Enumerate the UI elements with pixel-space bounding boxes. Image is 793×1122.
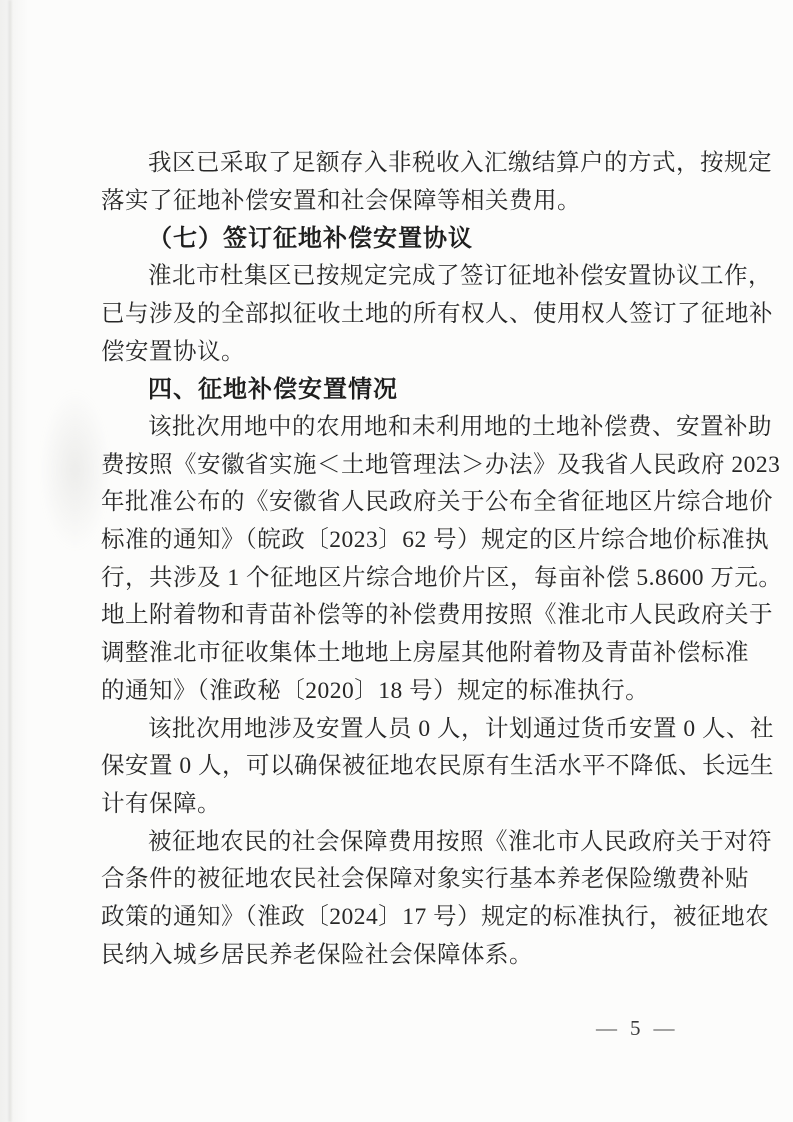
page-number-right-dash: — [654,1016,675,1041]
text-line: 民纳入城乡居民养老保险社会保障体系。 [101,937,702,975]
scanned-document-page: 我区已采取了足额存入非税收入汇缴结算户的方式，按规定落实了征地补偿安置和社会保障… [0,0,793,1122]
text-line: 年批准公布的《安徽省人民政府关于公布全省征地区片综合地价 [101,484,702,522]
text-line: 该批次用地涉及安置人员 0 人，计划通过货币安置 0 人、社 [101,711,702,749]
text-line: 我区已采取了足额存入非税收入汇缴结算户的方式，按规定 [101,145,702,183]
paragraph: 该批次用地中的农用地和未利用地的土地补偿费、安置补助费按照《安徽省实施＜土地管理… [101,409,702,711]
scan-artifact-edge-band [0,0,28,1122]
text-line: 被征地农民的社会保障费用按照《淮北市人民政府关于对符 [101,824,702,862]
text-line: 保安置 0 人，可以确保被征地农民原有生活水平不降低、长远生 [101,748,702,786]
text-line: 地上附着物和青苗补偿等的补偿费用按照《淮北市人民政府关于 [101,597,702,635]
text-line: 偿安置协议。 [101,334,702,372]
text-line: 合条件的被征地农民社会保障对象实行基本养老保险缴费补贴 [101,861,702,899]
text-line: 计有保障。 [101,786,702,824]
page-number-value: 5 [630,1016,641,1041]
section-heading: （七）签订征地补偿安置协议 [101,220,702,258]
page-number-left-dash: — [596,1016,617,1041]
text-line: 的通知》（淮政秘〔2020〕18 号）规定的标准执行。 [101,673,702,711]
text-line: 标准的通知》（皖政〔2023〕62 号）规定的区片综合地价标准执 [101,522,702,560]
document-body: 我区已采取了足额存入非税收入汇缴结算户的方式，按规定落实了征地补偿安置和社会保障… [101,145,702,974]
text-line: 该批次用地中的农用地和未利用地的土地补偿费、安置补助 [101,409,702,447]
scan-artifact-edge-line [9,0,11,1122]
text-line: 调整淮北市征收集体土地地上房屋其他附着物及青苗补偿标准 [101,635,702,673]
paragraph: 该批次用地涉及安置人员 0 人，计划通过货币安置 0 人、社保安置 0 人，可以… [101,711,702,824]
scan-artifact-smudge [40,390,110,550]
text-line: 行，共涉及 1 个征地区片综合地价片区，每亩补偿 5.8600 万元。 [101,560,702,598]
paragraph: 淮北市杜集区已按规定完成了签订征地补偿安置协议工作，已与涉及的全部拟征收土地的所… [101,258,702,371]
section-heading: 四、征地补偿安置情况 [101,371,702,409]
text-line: 落实了征地补偿安置和社会保障等相关费用。 [101,183,702,221]
text-line: 费按照《安徽省实施＜土地管理法＞办法》及我省人民政府 2023 [101,447,702,485]
paragraph: 被征地农民的社会保障费用按照《淮北市人民政府关于对符合条件的被征地农民社会保障对… [101,824,702,975]
page-number: — 5 — [596,1016,675,1041]
text-line: 政策的通知》（淮政〔2024〕17 号）规定的标准执行，被征地农 [101,899,702,937]
text-line: 已与涉及的全部拟征收土地的所有权人、使用权人签订了征地补 [101,296,702,334]
paragraph: 我区已采取了足额存入非税收入汇缴结算户的方式，按规定落实了征地补偿安置和社会保障… [101,145,702,220]
text-line: 淮北市杜集区已按规定完成了签订征地补偿安置协议工作， [101,258,702,296]
